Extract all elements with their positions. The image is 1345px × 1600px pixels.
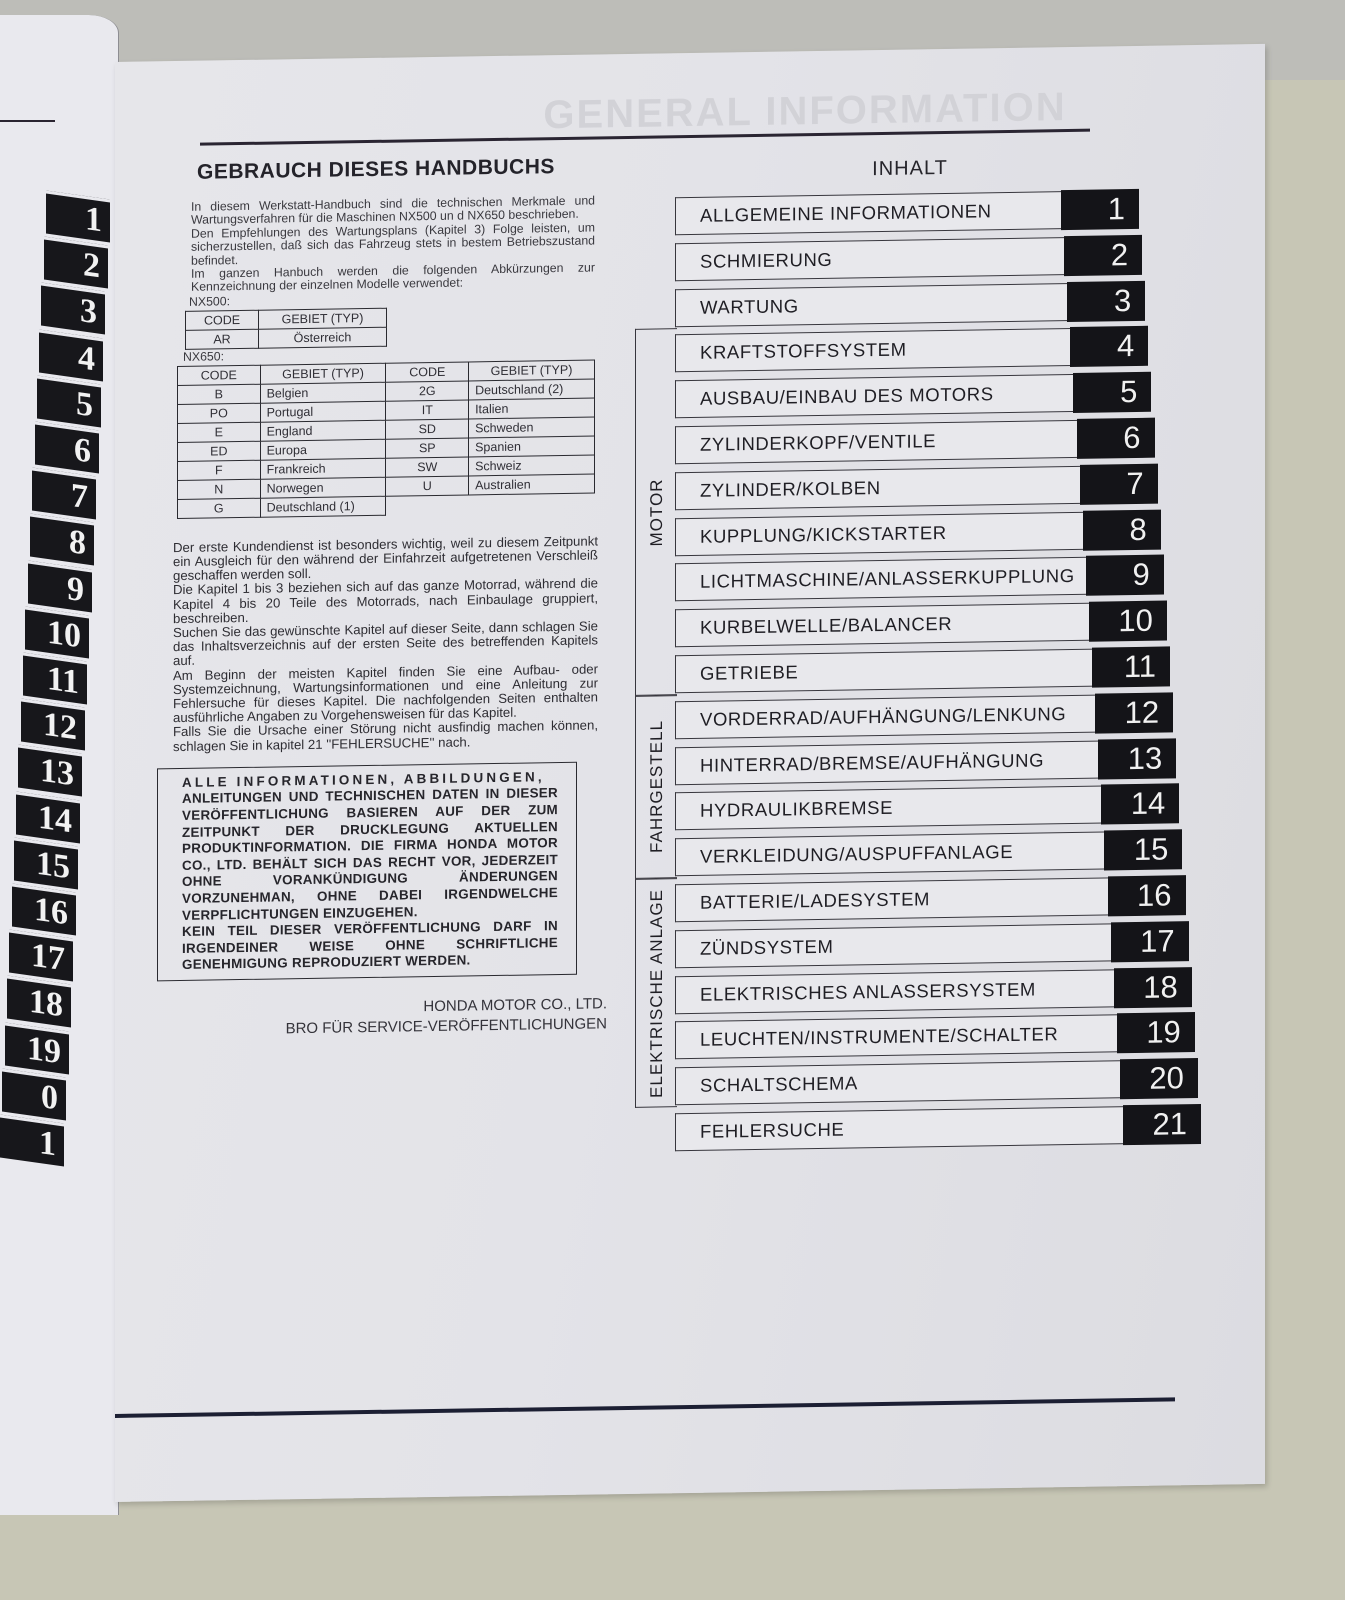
edge-tab[interactable]: 9 (28, 560, 92, 612)
nx500-code-table: CODE GEBIET (TYP) AR Österreich (185, 308, 387, 350)
code-cell: N (178, 479, 261, 499)
chapter-number-tab: 10 (1089, 601, 1167, 642)
edge-tab[interactable]: 10 (25, 606, 89, 658)
toc-chapter-2[interactable]: SCHMIERUNG2 (675, 236, 1142, 281)
edge-tab[interactable]: 19 (5, 1022, 69, 1074)
edge-tab[interactable]: 17 (9, 930, 73, 982)
chapter-title: AUSBAU/EINBAU DES MOTORS (676, 375, 1073, 417)
toc-chapter-7[interactable]: ZYLINDER/KOLBEN7 (675, 464, 1158, 510)
region-cell: Portugal (260, 401, 386, 422)
region-cell: Belgien (260, 382, 386, 403)
code-cell: E (178, 422, 261, 442)
edge-tab[interactable]: 14 (16, 791, 80, 843)
chapter-title: HYDRAULIKBREMSE (676, 787, 1101, 830)
toc-chapter-10[interactable]: KURBELWELLE/BALANCER10 (675, 602, 1167, 648)
column-header: GEBIET (TYP) (260, 363, 386, 384)
code-cell: U (386, 476, 469, 496)
code-cell: B (178, 384, 261, 404)
photo-scene: 1234567891011121314151617181901 GENERAL … (0, 0, 1345, 1600)
chapter-number-tab: 1 (1061, 189, 1139, 230)
code-cell: ED (178, 441, 261, 461)
edge-tab[interactable]: 8 (30, 514, 94, 566)
chapter-number-tab: 5 (1073, 372, 1151, 413)
column-header: CODE (186, 310, 259, 330)
paragraph: Falls Sie die Ursache einer Störung nich… (173, 719, 598, 754)
chapter-title: SCHALTSCHEMA (676, 1061, 1120, 1104)
toc-chapter-18[interactable]: ELEKTRISCHES ANLASSERSYSTEM18 (675, 968, 1192, 1014)
section-title: GEBRAUCH DIESES HANDBUCHS (197, 154, 595, 184)
toc-chapter-1[interactable]: ALLGEMEINE INFORMATIONEN1 (675, 190, 1139, 235)
notice-text: ANLEITUNGEN UND TECHNISCHEN DATEN IN DIE… (182, 786, 558, 923)
column-header: GEBIET (TYP) (259, 308, 387, 329)
toc-chapter-21[interactable]: FEHLERSUCHE21 (675, 1105, 1201, 1151)
toc-chapter-14[interactable]: HYDRAULIKBREMSE14 (675, 785, 1179, 831)
chapter-title: ELEKTRISCHES ANLASSERSYSTEM (676, 970, 1114, 1013)
edge-tab[interactable]: 18 (7, 976, 71, 1028)
code-cell: 2G (386, 381, 469, 401)
header-rule (0, 120, 55, 122)
code-cell: IT (386, 400, 469, 420)
chapter-number-tab: 14 (1101, 784, 1179, 825)
table-row: AR Österreich (186, 327, 387, 349)
chapter-title: FEHLERSUCHE (676, 1107, 1123, 1150)
chapter-number-tab: 15 (1104, 829, 1182, 870)
toc-chapter-4[interactable]: KRAFTSTOFFSYSTEM4 (675, 327, 1148, 372)
chapter-title: LICHTMASCHINE/ANLASSERKUPPLUNG (676, 558, 1086, 600)
edge-tab[interactable]: 6 (35, 422, 99, 474)
chapter-title: WARTUNG (676, 284, 1067, 326)
group-label: FAHRGESTELL (647, 720, 667, 853)
toc-chapter-19[interactable]: LEUCHTEN/INSTRUMENTE/SCHALTER19 (675, 1013, 1195, 1059)
chapter-number-tab: 9 (1086, 555, 1164, 596)
edge-tab[interactable]: 12 (21, 699, 85, 751)
region-cell (469, 493, 595, 514)
toc-chapter-3[interactable]: WARTUNG3 (675, 281, 1145, 326)
nx650-code-table: CODEGEBIET (TYP)CODEGEBIET (TYP)BBelgien… (177, 359, 595, 519)
copyright-notice: ALLE INFORMATIONEN, ABBILDUNGEN, ANLEITU… (157, 762, 577, 982)
code-cell: G (178, 498, 261, 518)
chapter-title: KRAFTSTOFFSYSTEM (676, 329, 1070, 371)
region-cell: Österreich (259, 327, 387, 348)
code-cell: SD (386, 419, 469, 439)
toc-chapter-20[interactable]: SCHALTSCHEMA20 (675, 1059, 1198, 1105)
edge-tab[interactable]: 11 (23, 653, 87, 705)
toc-chapter-13[interactable]: HINTERRAD/BREMSE/AUFHÄNGUNG13 (675, 739, 1176, 785)
toc-chapter-15[interactable]: VERKLEIDUNG/AUSPUFFANLAGE15 (675, 830, 1182, 876)
group-motor: MOTOR (635, 329, 677, 696)
chapter-number-tab: 6 (1077, 418, 1155, 459)
bottom-rule (115, 1397, 1175, 1418)
region-cell: Norwegen (260, 477, 386, 498)
region-cell: Frankreich (260, 458, 386, 479)
chapter-list: ALLGEMEINE INFORMATIONEN1SCHMIERUNG2WART… (635, 188, 1235, 197)
region-cell: Schweden (469, 417, 595, 438)
region-cell: Australien (469, 474, 595, 495)
code-cell: SP (386, 438, 469, 458)
chapter-title: LEUCHTEN/INSTRUMENTE/SCHALTER (676, 1016, 1117, 1059)
chapter-number-tab: 20 (1120, 1058, 1198, 1099)
usage-body-text: Der erste Kundendienst ist besonders wic… (173, 534, 598, 754)
group-label: ELEKTRISCHE ANLAGE (647, 889, 667, 1098)
edge-tab[interactable]: 13 (18, 745, 82, 797)
notice-text-2: KEIN TEIL DIESER VERÖFFENTLICHUNG DARF I… (182, 918, 558, 972)
code-cell: PO (178, 403, 261, 423)
chapter-title: ALLGEMEINE INFORMATIONEN (676, 192, 1061, 234)
group-fahrgestell: FAHRGESTELL (635, 695, 677, 879)
edge-tab[interactable]: 2 (44, 237, 108, 289)
toc-chapter-12[interactable]: VORDERRAD/AUFHÄNGUNG/LENKUNG12 (675, 693, 1173, 739)
chapter-title: HINTERRAD/BREMSE/AUFHÄNGUNG (676, 741, 1098, 784)
toc-chapter-17[interactable]: ZÜNDSYSTEM17 (675, 922, 1189, 968)
code-cell: AR (186, 329, 259, 349)
chapter-title: BATTERIE/LADESYSTEM (676, 878, 1108, 921)
edge-tab[interactable]: 1 (0, 1115, 64, 1167)
previous-page: 1234567891011121314151617181901 (0, 15, 119, 1515)
column-header: GEBIET (TYP) (469, 360, 595, 381)
region-cell: Spanien (469, 436, 595, 457)
toc-title: INHALT (675, 154, 1145, 184)
chapter-title: ZYLINDER/KOLBEN (676, 467, 1080, 509)
chapter-title: GETRIEBE (676, 650, 1092, 693)
table-of-contents: INHALT ALLGEMEINE INFORMATIONEN1SCHMIERU… (635, 152, 1235, 184)
group-elektrische-anlage: ELEKTRISCHE ANLAGE (635, 878, 677, 1108)
column-header: CODE (386, 362, 469, 382)
toc-chapter-5[interactable]: AUSBAU/EINBAU DES MOTORS5 (675, 373, 1151, 418)
chapter-number-tab: 7 (1080, 463, 1158, 504)
region-cell: Europa (260, 439, 386, 460)
region-cell: Deutschland (1) (260, 496, 386, 517)
chapter-title: SCHMIERUNG (676, 238, 1064, 280)
code-cell: SW (386, 457, 469, 477)
toc-chapter-9[interactable]: LICHTMASCHINE/ANLASSERKUPPLUNG9 (675, 556, 1164, 602)
region-cell: Italien (469, 398, 595, 419)
region-cell: Schweiz (469, 455, 595, 476)
region-cell: Deutschland (2) (469, 379, 595, 400)
chapter-number-tab: 4 (1070, 326, 1148, 367)
chapter-number-tab: 21 (1123, 1104, 1201, 1145)
group-label: MOTOR (647, 478, 667, 546)
chapter-title: ZÜNDSYSTEM (676, 924, 1111, 967)
chapter-number-tab: 11 (1092, 646, 1170, 687)
toc-chapter-8[interactable]: KUPPLUNG/KICKSTARTER8 (675, 510, 1161, 556)
toc-chapter-11[interactable]: GETRIEBE11 (675, 647, 1170, 693)
chapter-title: KURBELWELLE/BALANCER (676, 604, 1089, 646)
chapter-title: ZYLINDERKOPF/VENTILE (676, 421, 1077, 463)
paragraph: Am Beginn der meisten Kapitel finden Sie… (173, 662, 598, 725)
chapter-title: VORDERRAD/AUFHÄNGUNG/LENKUNG (676, 695, 1095, 738)
code-cell (386, 495, 469, 515)
column-header: CODE (178, 365, 261, 385)
code-cell: F (178, 460, 261, 480)
toc-chapter-16[interactable]: BATTERIE/LADESYSTEM16 (675, 876, 1186, 922)
manual-page: GENERAL INFORMATION GEBRAUCH DIESES HAND… (115, 44, 1265, 1502)
edge-tab[interactable]: 1 (46, 191, 110, 243)
chapter-number-tab: 8 (1083, 509, 1161, 550)
chapter-number-tab: 18 (1114, 967, 1192, 1008)
chapter-title: KUPPLUNG/KICKSTARTER (676, 512, 1083, 554)
chapter-number-tab: 13 (1098, 738, 1176, 779)
edge-tab[interactable]: 3 (41, 283, 105, 335)
chapter-number-tab: 16 (1108, 875, 1186, 916)
edge-tab[interactable]: 4 (39, 329, 103, 381)
manual-usage-section: GEBRAUCH DIESES HANDBUCHS In diesem Werk… (155, 154, 595, 1041)
chapter-title: VERKLEIDUNG/AUSPUFFANLAGE (676, 833, 1104, 876)
chapter-number-tab: 2 (1064, 235, 1142, 276)
edge-tab[interactable]: 5 (37, 375, 101, 427)
edge-tab[interactable]: 16 (12, 884, 76, 936)
toc-chapter-6[interactable]: ZYLINDERKOPF/VENTILE6 (675, 419, 1155, 465)
chapter-number-tab: 17 (1111, 921, 1189, 962)
edge-tab[interactable]: 7 (32, 468, 96, 520)
chapter-number-tab: 3 (1067, 280, 1145, 321)
region-cell: England (260, 420, 386, 441)
intro-text: In diesem Werkstatt-Handbuch sind die te… (191, 194, 595, 294)
edge-tab[interactable]: 15 (14, 837, 78, 889)
chapter-number-tab: 19 (1117, 1012, 1195, 1053)
paragraph: Suchen Sie das gewünschte Kapitel auf di… (173, 619, 598, 668)
publisher-signature: HONDA MOTOR CO., LTD. BRO FÜR SERVICE-VE… (155, 994, 607, 1041)
chapter-number-tab: 12 (1095, 692, 1173, 733)
edge-tab[interactable]: 0 (2, 1068, 66, 1120)
